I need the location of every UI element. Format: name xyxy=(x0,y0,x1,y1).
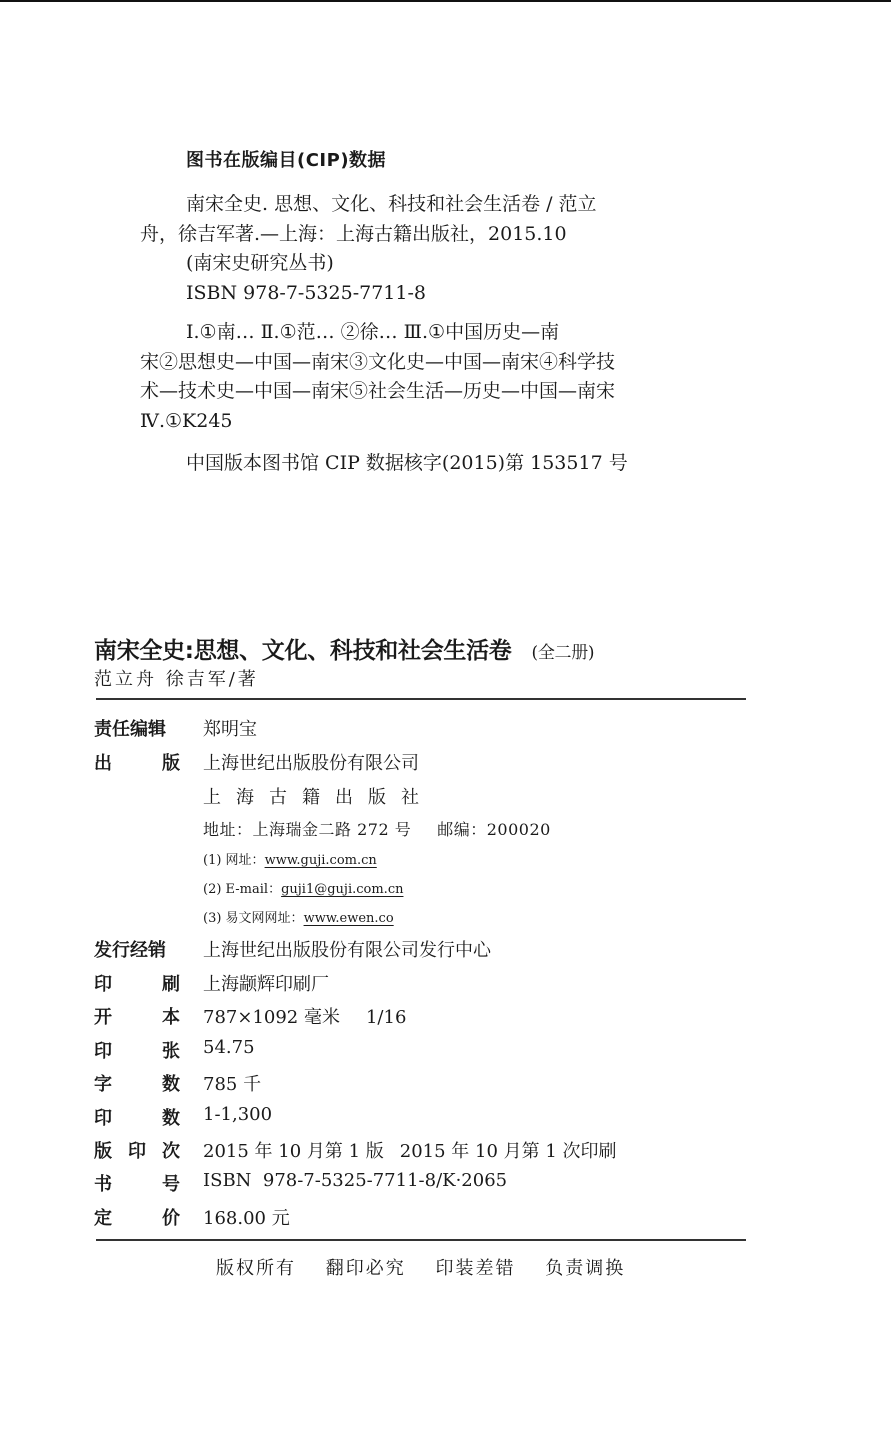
label-text: 责任编辑 xyxy=(94,715,166,741)
label-char: 印 xyxy=(94,1037,112,1063)
label-char: 定 xyxy=(94,1204,112,1230)
cip-class-line: Ⅰ.①南… Ⅱ.①范… ②徐… Ⅲ.①中国历史—南 xyxy=(140,318,700,348)
website-link[interactable]: www.guji.com.cn xyxy=(265,853,377,868)
info-label: 出版 xyxy=(94,749,180,775)
book-title-text: 南宋全史:思想、文化、科技和社会生活卷 xyxy=(94,638,512,664)
label-char: 张 xyxy=(162,1037,180,1063)
imprint-name: 上海古籍出版社 xyxy=(203,783,434,809)
notice-item: 负责调换 xyxy=(545,1258,625,1279)
website-label: (1) 网址： xyxy=(203,853,265,868)
info-value: 郑明宝 xyxy=(203,715,257,741)
info-label: 印张 xyxy=(94,1037,180,1063)
book-title: 南宋全史:思想、文化、科技和社会生活卷(全二册) xyxy=(94,632,594,665)
label-char: 号 xyxy=(162,1170,180,1196)
info-label: 版印次 xyxy=(94,1137,180,1163)
cip-record-line: 南宋全史. 思想、文化、科技和社会生活卷 / 范立 xyxy=(140,190,700,220)
book-authors: 范立舟 徐吉军/著 xyxy=(94,665,259,691)
website-line: (1) 网址：www.guji.com.cn xyxy=(203,849,377,868)
label-char: 数 xyxy=(162,1070,180,1096)
cip-class-line: 宋②思想史—中国—南宋③文化史—中国—南宋④科学技 xyxy=(140,348,700,378)
cip-record-line: ISBN 978-7-5325-7711-8 xyxy=(140,279,700,309)
label-text: 发行经销 xyxy=(94,936,166,962)
top-edge-rule xyxy=(0,0,891,2)
label-char: 书 xyxy=(94,1170,112,1196)
cip-class-line: 术—技术史—中国—南宋⑤社会生活—历史—中国—南宋 xyxy=(140,377,700,407)
edition-text: 2015 年 10 月第 1 版 xyxy=(203,1141,384,1162)
cip-verification-text: 中国版本图书馆 CIP 数据核字(2015)第 153517 号 xyxy=(140,449,700,479)
divider-top xyxy=(96,698,746,700)
address-text: 地址：上海瑞金二路 272 号 xyxy=(203,820,411,839)
info-label: 定价 xyxy=(94,1204,180,1230)
copyright-notice: 版权所有 翻印必究 印装差错 负责调换 xyxy=(216,1254,647,1280)
label-char: 开 xyxy=(94,1003,112,1029)
label-char: 出 xyxy=(94,749,112,775)
info-value: 2015 年 10 月第 1 版2015 年 10 月第 1 次印刷 xyxy=(203,1137,617,1163)
book-volumes: (全二册) xyxy=(532,643,595,663)
label-char: 价 xyxy=(162,1204,180,1230)
info-label: 书号 xyxy=(94,1170,180,1196)
info-label: 发行经销 xyxy=(94,936,180,962)
info-label: 印数 xyxy=(94,1104,180,1130)
info-value: 上海世纪出版股份有限公司 xyxy=(203,749,419,775)
info-value: ISBN 978-7-5325-7711-8/K·2065 xyxy=(203,1170,507,1191)
label-char: 刷 xyxy=(162,970,180,996)
label-char: 印 xyxy=(94,1104,112,1130)
info-value: 1-1,300 xyxy=(203,1104,272,1125)
label-char: 次 xyxy=(162,1137,180,1163)
info-value: 168.00 元 xyxy=(203,1204,290,1230)
info-value: 785 千 xyxy=(203,1070,261,1096)
cip-classification: Ⅰ.①南… Ⅱ.①范… ②徐… Ⅲ.①中国历史—南 宋②思想史—中国—南宋③文化… xyxy=(140,318,700,436)
label-char: 字 xyxy=(94,1070,112,1096)
format-size: 787×1092 毫米 xyxy=(203,1007,340,1028)
email-link[interactable]: guji1@guji.com.cn xyxy=(281,882,403,897)
cip-class-line: Ⅳ.①K245 xyxy=(140,407,700,437)
printing-text: 2015 年 10 月第 1 次印刷 xyxy=(400,1141,617,1162)
postcode-text: 邮编：200020 xyxy=(437,820,551,839)
info-value: 787×1092 毫米1/16 xyxy=(203,1003,406,1029)
cip-title: 图书在版编目(CIP)数据 xyxy=(186,146,386,172)
info-value: 上海世纪出版股份有限公司发行中心 xyxy=(203,936,491,962)
info-label: 责任编辑 xyxy=(94,715,180,741)
email-label: (2) E-mail： xyxy=(203,882,281,897)
cip-record: 南宋全史. 思想、文化、科技和社会生活卷 / 范立 舟，徐吉军著.—上海：上海古… xyxy=(140,190,700,308)
ewen-label: (3) 易文网网址： xyxy=(203,911,304,926)
label-char: 数 xyxy=(162,1104,180,1130)
info-label: 开本 xyxy=(94,1003,180,1029)
ewen-link[interactable]: www.ewen.co xyxy=(304,911,394,926)
ewen-line: (3) 易文网网址：www.ewen.co xyxy=(203,907,394,926)
label-char: 版 xyxy=(94,1137,112,1163)
label-char: 版 xyxy=(162,749,180,775)
format-fraction: 1/16 xyxy=(366,1007,406,1028)
info-label: 字数 xyxy=(94,1070,180,1096)
cip-record-line: (南宋史研究丛书) xyxy=(140,249,700,279)
info-value: 上海颛辉印刷厂 xyxy=(203,970,329,996)
label-char: 印 xyxy=(128,1137,146,1163)
label-char: 本 xyxy=(162,1003,180,1029)
publisher-address: 地址：上海瑞金二路 272 号邮编：200020 xyxy=(203,817,551,840)
info-value: 54.75 xyxy=(203,1037,255,1058)
email-line: (2) E-mail：guji1@guji.com.cn xyxy=(203,878,403,897)
info-label: 印刷 xyxy=(94,970,180,996)
cip-verification: 中国版本图书馆 CIP 数据核字(2015)第 153517 号 xyxy=(140,449,700,479)
label-char: 印 xyxy=(94,970,112,996)
cip-record-line: 舟，徐吉军著.—上海：上海古籍出版社，2015.10 xyxy=(140,220,700,250)
divider-bottom xyxy=(96,1239,746,1241)
notice-item: 版权所有 xyxy=(216,1258,296,1279)
notice-item: 翻印必究 xyxy=(326,1258,406,1279)
notice-item: 印装差错 xyxy=(435,1258,515,1279)
